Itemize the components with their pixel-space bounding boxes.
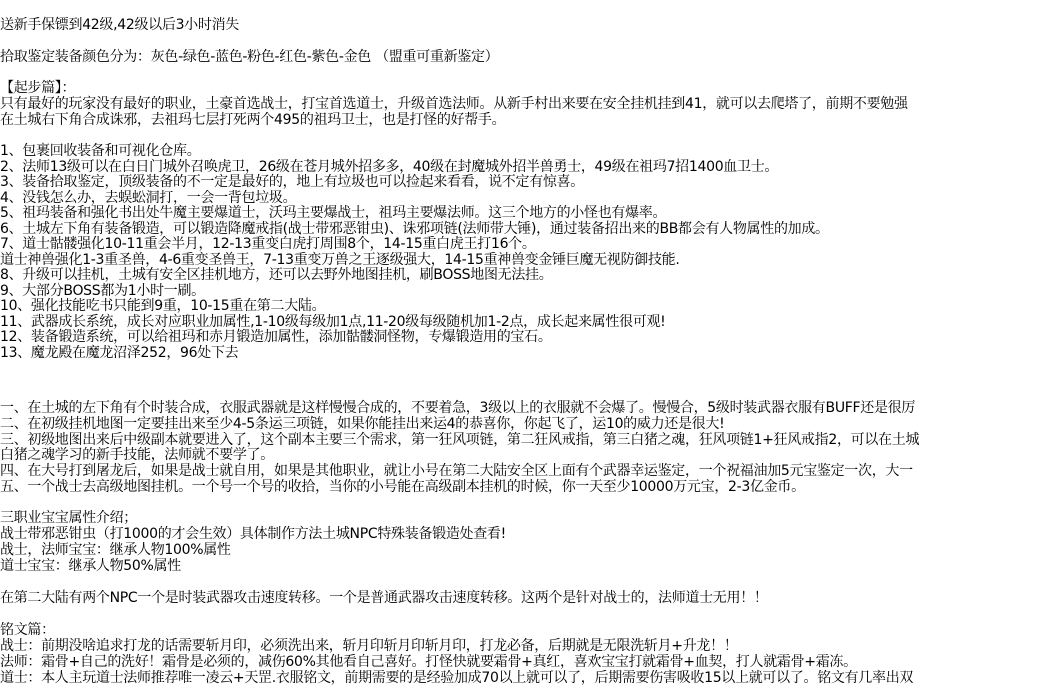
start-section-heading: 【起步篇】： [0, 80, 75, 96]
npc-note: 在第二大陆有两个NPC一个是时装武器攻击速度转移。一个是普通武器攻击速度转移。这… [0, 590, 768, 606]
start-intro-line: 只有最好的玩家没有最好的职业，土豪首选战士，打宝首选道士，升级首选法师。从新手村… [0, 96, 908, 112]
inscription-line: 战士：前期没啥追求打龙的话需要斩月印，必须洗出来，斩月印斩月印斩月印，打龙必备，… [0, 638, 738, 654]
tip-item: 4、没钱怎么办，去蜈蚣洞打，一会一背包垃圾。 [0, 190, 296, 206]
tip-item: 2、法师13级可以在白日门城外召唤虎卫，26级在苍月城外招多多，40级在封魔城外… [0, 159, 778, 175]
tip-item: 12、装备锻造系统，可以给祖玛和赤月锻造加属性，添加骷髅洞怪物，专爆锻造用的宝石… [0, 329, 552, 345]
tip-item: 8、升级可以挂机，土城有安全区挂机地方，还可以去野外地图挂机，刷BOSS地图无法… [0, 267, 552, 283]
note-item-colors: 拾取鉴定装备颜色分为：灰色-绿色-蓝色-粉色-红色-紫色-金色 （盟重可重新鉴定… [0, 49, 498, 65]
tip-item: 5、祖玛装备和强化书出处牛魔主要爆道士，沃玛主要爆战士，祖玛主要爆法师。这三个地… [0, 205, 666, 221]
tip-item: 10、强化技能吃书只能到9重，10-15重在第二大陆。 [0, 298, 325, 314]
advanced-tip: 四、在大号打到屠龙后，如果是战士就自用，如果是其他职业，就让小号在第二大陆安全区… [0, 463, 913, 479]
pet-line: 战士带邪恶钳虫（打1000的才会生效）具体制作方法土城NPC特殊装备锻造处查看! [0, 526, 506, 542]
pet-line: 道士宝宝：继承人物50%属性 [0, 558, 181, 574]
tip-item: 7、道士骷髅强化10-11重会半月，12-13重变白虎打周围8个，14-15重白… [0, 236, 536, 252]
inscription-line: 法师：霜骨+自己的洗好！霜骨是必须的，减伤60%其他看自己喜好。打怪快就要霜骨+… [0, 654, 857, 670]
inscription-section-heading: 铭文篇： [0, 622, 55, 638]
tip-item: 6、土城左下角有装备锻造，可以锻造降魔戒指(战士带邪恶钳虫)、诛邪项链(法师带大… [0, 221, 829, 237]
advanced-tip: 三、初级地图出来后中级副本就要进入了，这个副本主要三个需求，第一狂风项链，第二狂… [0, 432, 919, 448]
tip-item: 道士神兽强化1-3重圣兽，4-6重变圣兽王，7-13重变万兽之王逐级强大，14-… [0, 252, 680, 268]
tip-item: 1、包裹回收装备和可视化仓库。 [0, 143, 200, 159]
tip-item: 9、大部分BOSS都为1小时一刷。 [0, 283, 205, 299]
tip-item: 13、魔龙殿在魔龙沼泽252，96处下去 [0, 345, 238, 361]
inscription-line: 道士：本人主玩道士法师推荐唯一凌云+天罡.衣服铭文，前期需要的是经验加成70以上… [0, 670, 913, 686]
pet-line: 战士，法师宝宝：继承人物100%属性 [0, 542, 231, 558]
advanced-tip: 二、在初级挂机地图一定要挂出来至少4-5条运三项链，如果你能挂出来运4的恭喜你，… [0, 416, 724, 432]
advanced-tip: 一、在土城的左下角有个时装合成，衣服武器就是这样慢慢合成的，不要着急，3级以上的… [0, 400, 915, 416]
tip-item: 3、装备拾取鉴定，顶级装备的不一定是最好的，地上有垃圾也可以捡起来看看，说不定有… [0, 174, 584, 190]
tip-item: 11、武器成长系统，成长对应职业加属性,1-10级每级加1点,11-20级每级随… [0, 314, 665, 330]
advanced-tip: 五、一个战士去高级地图挂机。一个号一个号的收拾，当你的小号能在高级副本挂机的时候… [0, 479, 805, 495]
pet-section-heading: 三职业宝宝属性介绍； [0, 510, 137, 526]
game-guide-document: 送新手保镖到42级,42级以后3小时消失 拾取鉴定装备颜色分为：灰色-绿色-蓝色… [0, 0, 1049, 689]
advanced-tip: 白猪之魂学习的新手技能，法师就不要学了。 [0, 447, 274, 463]
note-bodyguard: 送新手保镖到42级,42级以后3小时消失 [0, 17, 239, 33]
start-intro-line: 在土城右下角合成诛邪，去祖玛七层打死两个495的祖玛卫士，也是打怪的好帮手。 [0, 112, 505, 128]
